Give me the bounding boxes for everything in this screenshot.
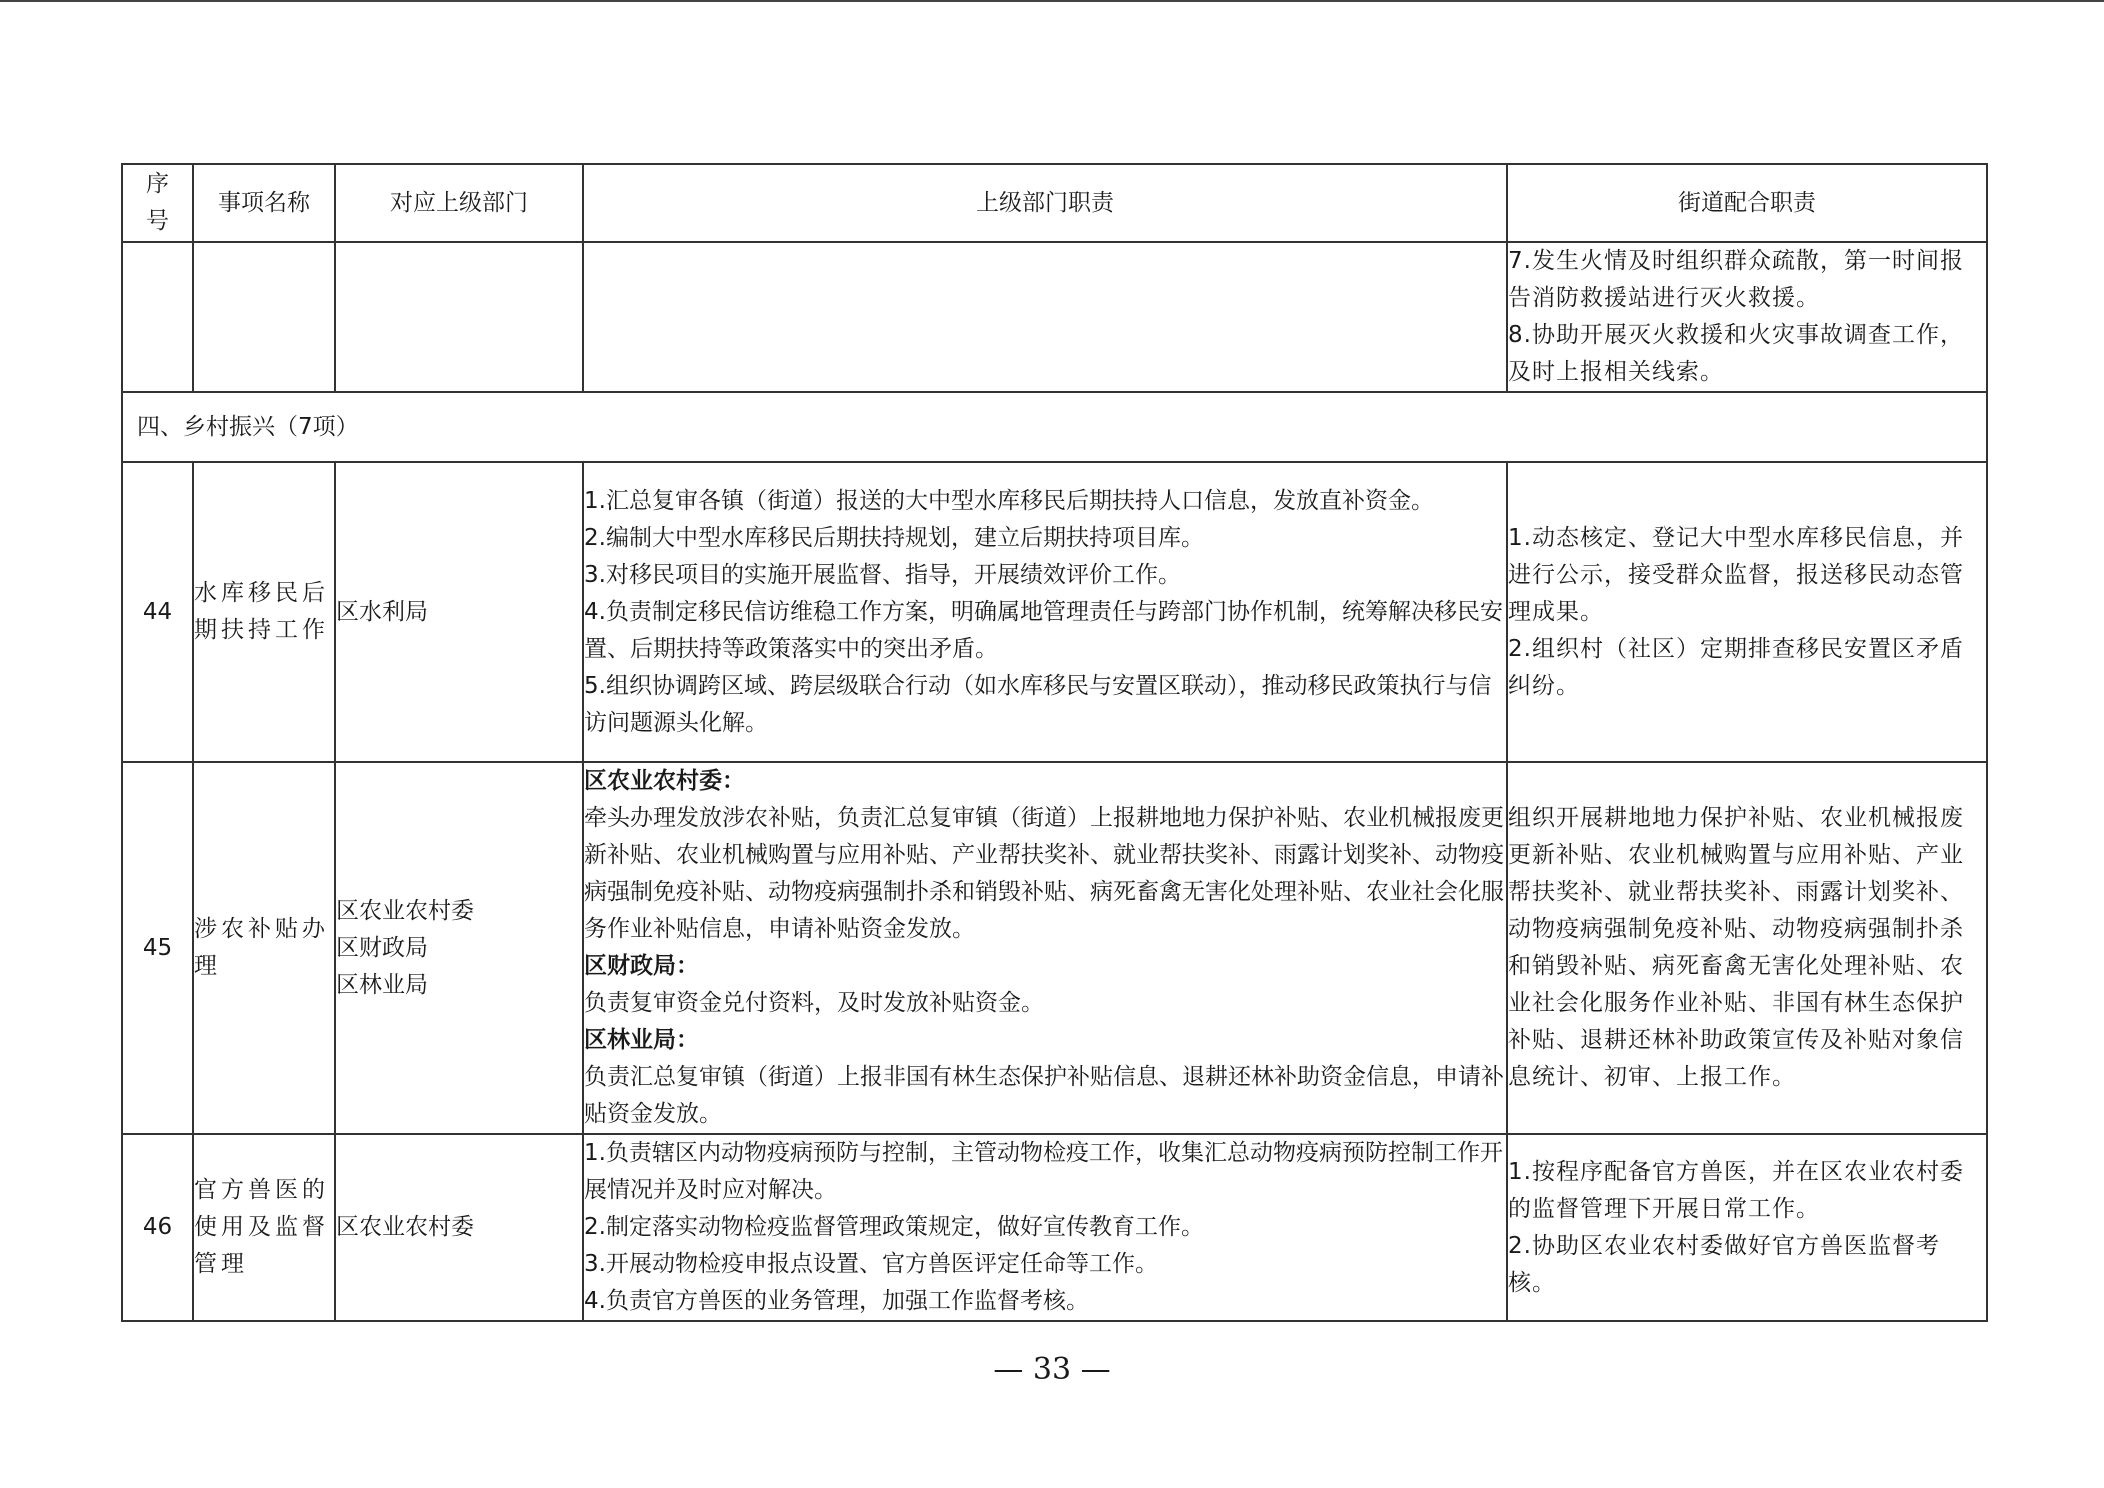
cell-seq: 46: [122, 1134, 193, 1321]
cell-superior-dept: 区农业农村委: [335, 1134, 583, 1321]
duty-item: 2.组织村（社区）定期排查移民安置区矛盾纠纷。: [1508, 631, 1986, 705]
duty-item: 1.汇总复审各镇（街道）报送的大中型水库移民后期扶持人口信息，发放直补资金。: [584, 483, 1506, 520]
cell-item-name: 涉农补贴办理: [193, 762, 335, 1134]
duty-item: 1.按程序配备官方兽医，并在区农业农村委的监督管理下开展日常工作。: [1508, 1154, 1986, 1228]
cell-street-duties: 组织开展耕地地力保护补贴、农业机械报废更新补贴、农业机械购置与应用补贴、产业帮扶…: [1507, 762, 1987, 1134]
duty-item: 负责复审资金兑付资料，及时发放补贴资金。: [584, 985, 1506, 1022]
duty-item: 2.编制大中型水库移民后期扶持规划，建立后期扶持项目库。: [584, 520, 1506, 557]
responsibility-table: 序 号 事项名称 对应上级部门 上级部门职责 街道配合职责 7.发生火情及时组织…: [121, 163, 1988, 1322]
dept-heading: 区农业农村委：: [584, 763, 1506, 800]
section-row: 四、乡村振兴（7项）: [122, 392, 1987, 462]
header-superior-duties: 上级部门职责: [583, 164, 1507, 242]
duty-item: 2.协助区农业农村委做好官方兽医监督考核。: [1508, 1228, 1986, 1302]
header-street-duties: 街道配合职责: [1507, 164, 1987, 242]
header-item-name: 事项名称: [193, 164, 335, 242]
table-row: 45 涉农补贴办理 区农业农村委 区财政局 区林业局 区农业农村委： 牵头办理发…: [122, 762, 1987, 1134]
duty-item: 4.负责制定移民信访维稳工作方案，明确属地管理责任与跨部门协作机制，统筹解决移民…: [584, 594, 1506, 668]
cell-seq: 44: [122, 462, 193, 762]
table-row: 44 水库移民后期扶持工作 区水利局 1.汇总复审各镇（街道）报送的大中型水库移…: [122, 462, 1987, 762]
duty-item: 牵头办理发放涉农补贴，负责汇总复审镇（街道）上报耕地地力保护补贴、农业机械报废更…: [584, 800, 1506, 948]
cell-superior-duties: 1.负责辖区内动物疫病预防与控制，主管动物检疫工作，收集汇总动物疫病预防控制工作…: [583, 1134, 1507, 1321]
duty-item: 组织开展耕地地力保护补贴、农业机械报废更新补贴、农业机械购置与应用补贴、产业帮扶…: [1508, 800, 1986, 1096]
duty-item: 1.动态核定、登记大中型水库移民信息，并进行公示，接受群众监督，报送移民动态管理…: [1508, 520, 1986, 631]
duty-item: 负责汇总复审镇（街道）上报非国有林生态保护补贴信息、退耕还林补助资金信息，申请补…: [584, 1059, 1506, 1133]
page-number: — 33 —: [0, 1352, 2104, 1387]
duty-item: 1.负责辖区内动物疫病预防与控制，主管动物检疫工作，收集汇总动物疫病预防控制工作…: [584, 1135, 1506, 1209]
dept-heading: 区林业局：: [584, 1022, 1506, 1059]
cell-street-duties: 1.动态核定、登记大中型水库移民信息，并进行公示，接受群众监督，报送移民动态管理…: [1507, 462, 1987, 762]
duty-item: 2.制定落实动物检疫监督管理政策规定，做好宣传教育工作。: [584, 1209, 1506, 1246]
page-top-border: [0, 0, 2104, 2]
duty-item: 3.对移民项目的实施开展监督、指导，开展绩效评价工作。: [584, 557, 1506, 594]
dept-name: 区农业农村委: [336, 893, 582, 930]
cell-item-name: [193, 242, 335, 392]
duty-item: 7.发生火情及时组织群众疏散，第一时间报告消防救援站进行灭火救援。: [1508, 243, 1986, 317]
cell-street-duties: 7.发生火情及时组织群众疏散，第一时间报告消防救援站进行灭火救援。 8.协助开展…: [1507, 242, 1987, 392]
cell-superior-dept: 区水利局: [335, 462, 583, 762]
cell-item-name: 官方兽医的使用及监督管理: [193, 1134, 335, 1321]
section-title: 四、乡村振兴（7项）: [122, 392, 1987, 462]
dept-name: 区林业局: [336, 967, 582, 1004]
cell-street-duties: 1.按程序配备官方兽医，并在区农业农村委的监督管理下开展日常工作。 2.协助区农…: [1507, 1134, 1987, 1321]
dept-name: 区水利局: [336, 594, 582, 631]
cell-superior-dept: 区农业农村委 区财政局 区林业局: [335, 762, 583, 1134]
header-superior-dept: 对应上级部门: [335, 164, 583, 242]
cell-superior-dept: [335, 242, 583, 392]
cell-superior-duties: 1.汇总复审各镇（街道）报送的大中型水库移民后期扶持人口信息，发放直补资金。 2…: [583, 462, 1507, 762]
cell-item-name: 水库移民后期扶持工作: [193, 462, 335, 762]
cell-superior-duties: 区农业农村委： 牵头办理发放涉农补贴，负责汇总复审镇（街道）上报耕地地力保护补贴…: [583, 762, 1507, 1134]
cell-superior-duties: [583, 242, 1507, 392]
cell-seq: [122, 242, 193, 392]
duty-item: 4.负责官方兽医的业务管理，加强工作监督考核。: [584, 1283, 1506, 1320]
table-row-continuation: 7.发生火情及时组织群众疏散，第一时间报告消防救援站进行灭火救援。 8.协助开展…: [122, 242, 1987, 392]
table-header-row: 序 号 事项名称 对应上级部门 上级部门职责 街道配合职责: [122, 164, 1987, 242]
duty-item: 8.协助开展灭火救援和火灾事故调查工作，及时上报相关线索。: [1508, 317, 1986, 391]
dept-name: 区农业农村委: [336, 1209, 582, 1246]
duty-item: 5.组织协调跨区域、跨层级联合行动（如水库移民与安置区联动），推动移民政策执行与…: [584, 668, 1506, 742]
cell-seq: 45: [122, 762, 193, 1134]
duty-item: 3.开展动物检疫申报点设置、官方兽医评定任命等工作。: [584, 1246, 1506, 1283]
dept-heading: 区财政局：: [584, 948, 1506, 985]
table-row: 46 官方兽医的使用及监督管理 区农业农村委 1.负责辖区内动物疫病预防与控制，…: [122, 1134, 1987, 1321]
dept-name: 区财政局: [336, 930, 582, 967]
header-seq: 序 号: [122, 164, 193, 242]
